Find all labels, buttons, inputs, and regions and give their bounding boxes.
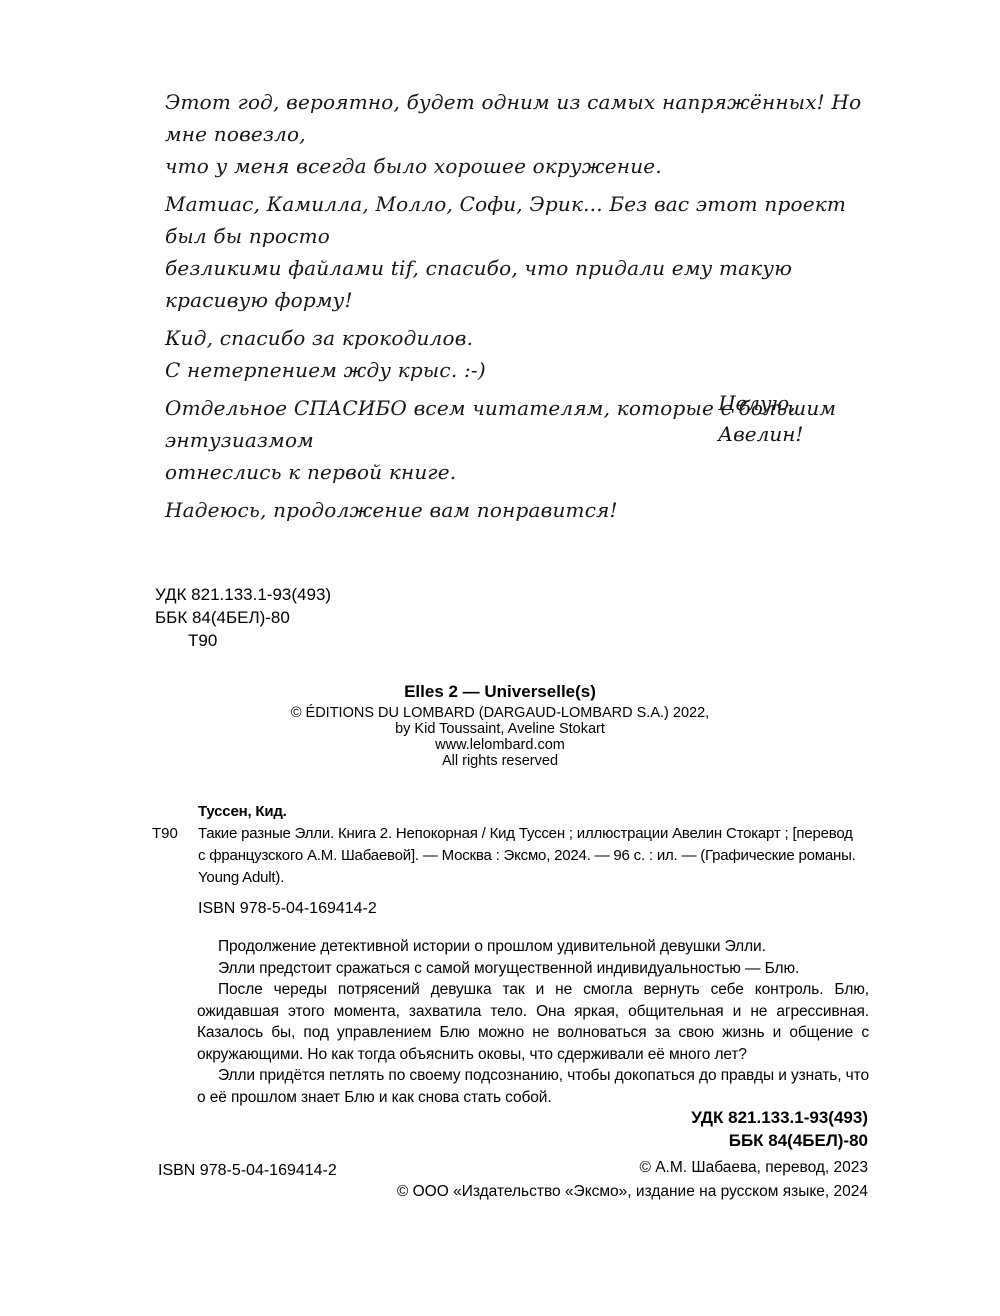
signature-block: Целую, Авелин! xyxy=(718,388,803,450)
acknowledgments-block: Этот год, вероятно, будет одним из самых… xyxy=(165,86,885,532)
ack-line: С нетерпением жду крыс. :-) xyxy=(165,354,885,386)
original-edition-block: Elles 2 — Universelle(s) © ÉDITIONS DU L… xyxy=(0,681,1000,769)
ack-paragraph-5: Надеюсь, продолжение вам понравится! xyxy=(165,494,885,526)
ack-line: что у меня всегда было хорошее окружение… xyxy=(165,150,885,182)
book-imprint-page: Этот год, вероятно, будет одним из самых… xyxy=(0,0,1000,1316)
signature-closing: Целую, xyxy=(718,388,803,419)
catalog-isbn: ISBN 978-5-04-169414-2 xyxy=(198,898,377,920)
bbk-bottom-line: ББК 84(4БЕЛ)-80 xyxy=(691,1129,868,1152)
original-title: Elles 2 — Universelle(s) xyxy=(0,681,1000,703)
ack-line: Этот год, вероятно, будет одним из самых… xyxy=(165,86,885,150)
ack-line: Матиас, Камилла, Молло, Софи, Эрик... Бе… xyxy=(165,188,885,252)
original-authors: by Kid Toussaint, Aveline Stokart xyxy=(0,721,1000,737)
ack-line: безликими файлами tif, спасибо, что прид… xyxy=(165,252,885,316)
classification-bottom-block: УДК 821.133.1-93(493) ББК 84(4БЕЛ)-80 xyxy=(691,1106,868,1152)
original-copyright: © ÉDITIONS DU LOMBARD (DARGAUD-LOMBARD S… xyxy=(0,705,1000,721)
bbk-top-line: ББК 84(4БЕЛ)-80 xyxy=(155,606,331,629)
ack-paragraph-2: Матиас, Камилла, Молло, Софи, Эрик... Бе… xyxy=(165,188,885,316)
ack-line: отнеслись к первой книге. xyxy=(165,456,885,488)
annotation-paragraph: Элли придётся петлять по своему подсозна… xyxy=(197,1065,869,1108)
footer-copyrights-block: © А.М. Шабаева, перевод, 2023 © ООО «Изд… xyxy=(397,1156,868,1203)
catalog-entry-line: Young Adult). xyxy=(198,867,878,889)
copyright-publisher: © ООО «Издательство «Эксмо», издание на … xyxy=(397,1180,868,1204)
ack-line: Надеюсь, продолжение вам понравится! xyxy=(165,494,885,526)
signature-name: Авелин! xyxy=(718,419,803,450)
annotation-paragraph: После череды потрясений девушка так и не… xyxy=(197,979,869,1065)
catalog-entry-block: Т90 Туссен, Кид. Такие разные Элли. Книг… xyxy=(198,801,878,889)
ack-paragraph-3: Кид, спасибо за крокодилов. С нетерпение… xyxy=(165,322,885,386)
annotation-paragraph: Продолжение детективной истории о прошло… xyxy=(197,936,869,958)
ack-paragraph-1: Этот год, вероятно, будет одним из самых… xyxy=(165,86,885,182)
catalog-entry-line: Такие разные Элли. Книга 2. Непокорная /… xyxy=(198,823,878,845)
catalog-author-heading: Туссен, Кид. xyxy=(198,801,878,823)
ack-line: Кид, спасибо за крокодилов. xyxy=(165,322,885,354)
annotation-paragraph: Элли предстоит сражаться с самой могущес… xyxy=(197,958,869,980)
footer-isbn: ISBN 978-5-04-169414-2 xyxy=(158,1160,337,1182)
rights-reserved: All rights reserved xyxy=(0,753,1000,769)
copyright-translation: © А.М. Шабаева, перевод, 2023 xyxy=(397,1156,868,1180)
publisher-website: www.lelombard.com xyxy=(0,737,1000,753)
author-sign-top: Т90 xyxy=(155,629,331,652)
catalog-entry-line: с французского А.М. Шабаевой]. — Москва … xyxy=(198,845,878,867)
annotation-block: Продолжение детективной истории о прошло… xyxy=(197,936,869,1108)
classification-top-block: УДК 821.133.1-93(493) ББК 84(4БЕЛ)-80 Т9… xyxy=(155,583,331,652)
udc-top-line: УДК 821.133.1-93(493) xyxy=(155,583,331,606)
catalog-author-sign: Т90 xyxy=(152,823,178,845)
udc-bottom-line: УДК 821.133.1-93(493) xyxy=(691,1106,868,1129)
